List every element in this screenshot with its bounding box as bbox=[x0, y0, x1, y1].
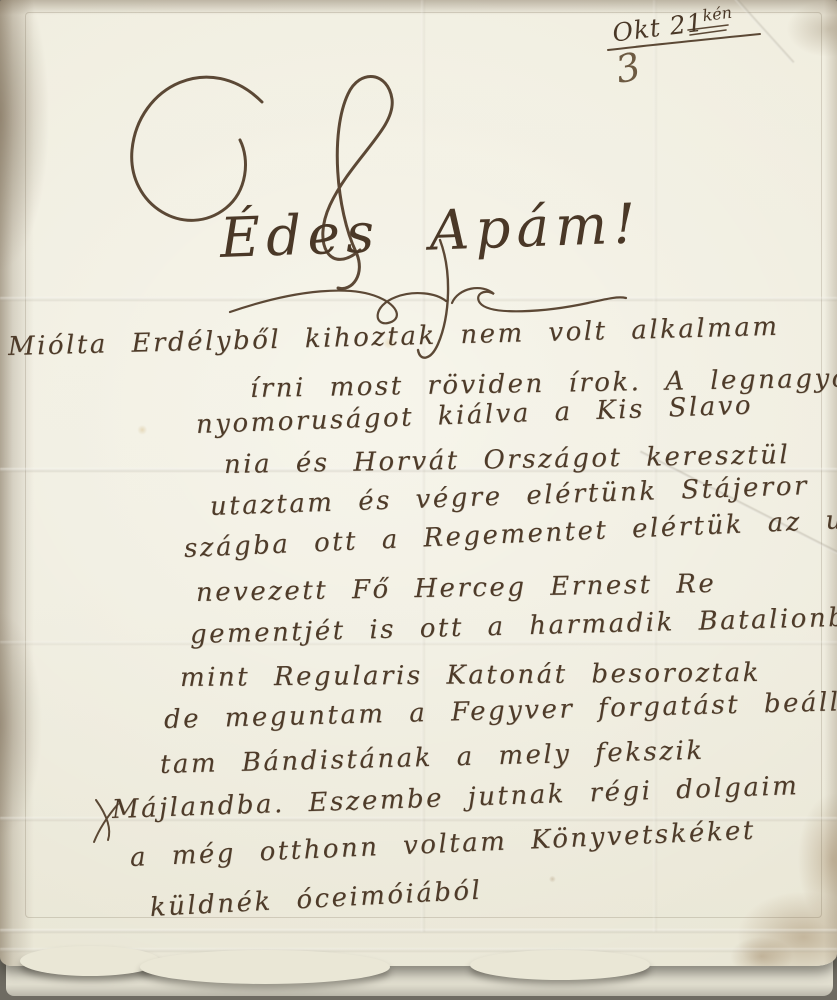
date-day: 21 bbox=[668, 8, 705, 41]
fold-crease bbox=[729, 0, 795, 64]
date-suffix: kén bbox=[701, 3, 733, 25]
date-word: Okt bbox=[611, 13, 663, 48]
handwritten-line: mint Regularis Katonát besoroztak bbox=[180, 658, 761, 693]
torn-edge bbox=[470, 950, 650, 980]
fold-crease bbox=[0, 929, 837, 933]
torn-edge bbox=[20, 946, 160, 976]
fold-crease bbox=[0, 297, 837, 301]
scanned-letter: Okt 21kén 3 Édes Apám! Miólta Erdélyből … bbox=[0, 0, 837, 1000]
torn-edge bbox=[140, 950, 390, 984]
